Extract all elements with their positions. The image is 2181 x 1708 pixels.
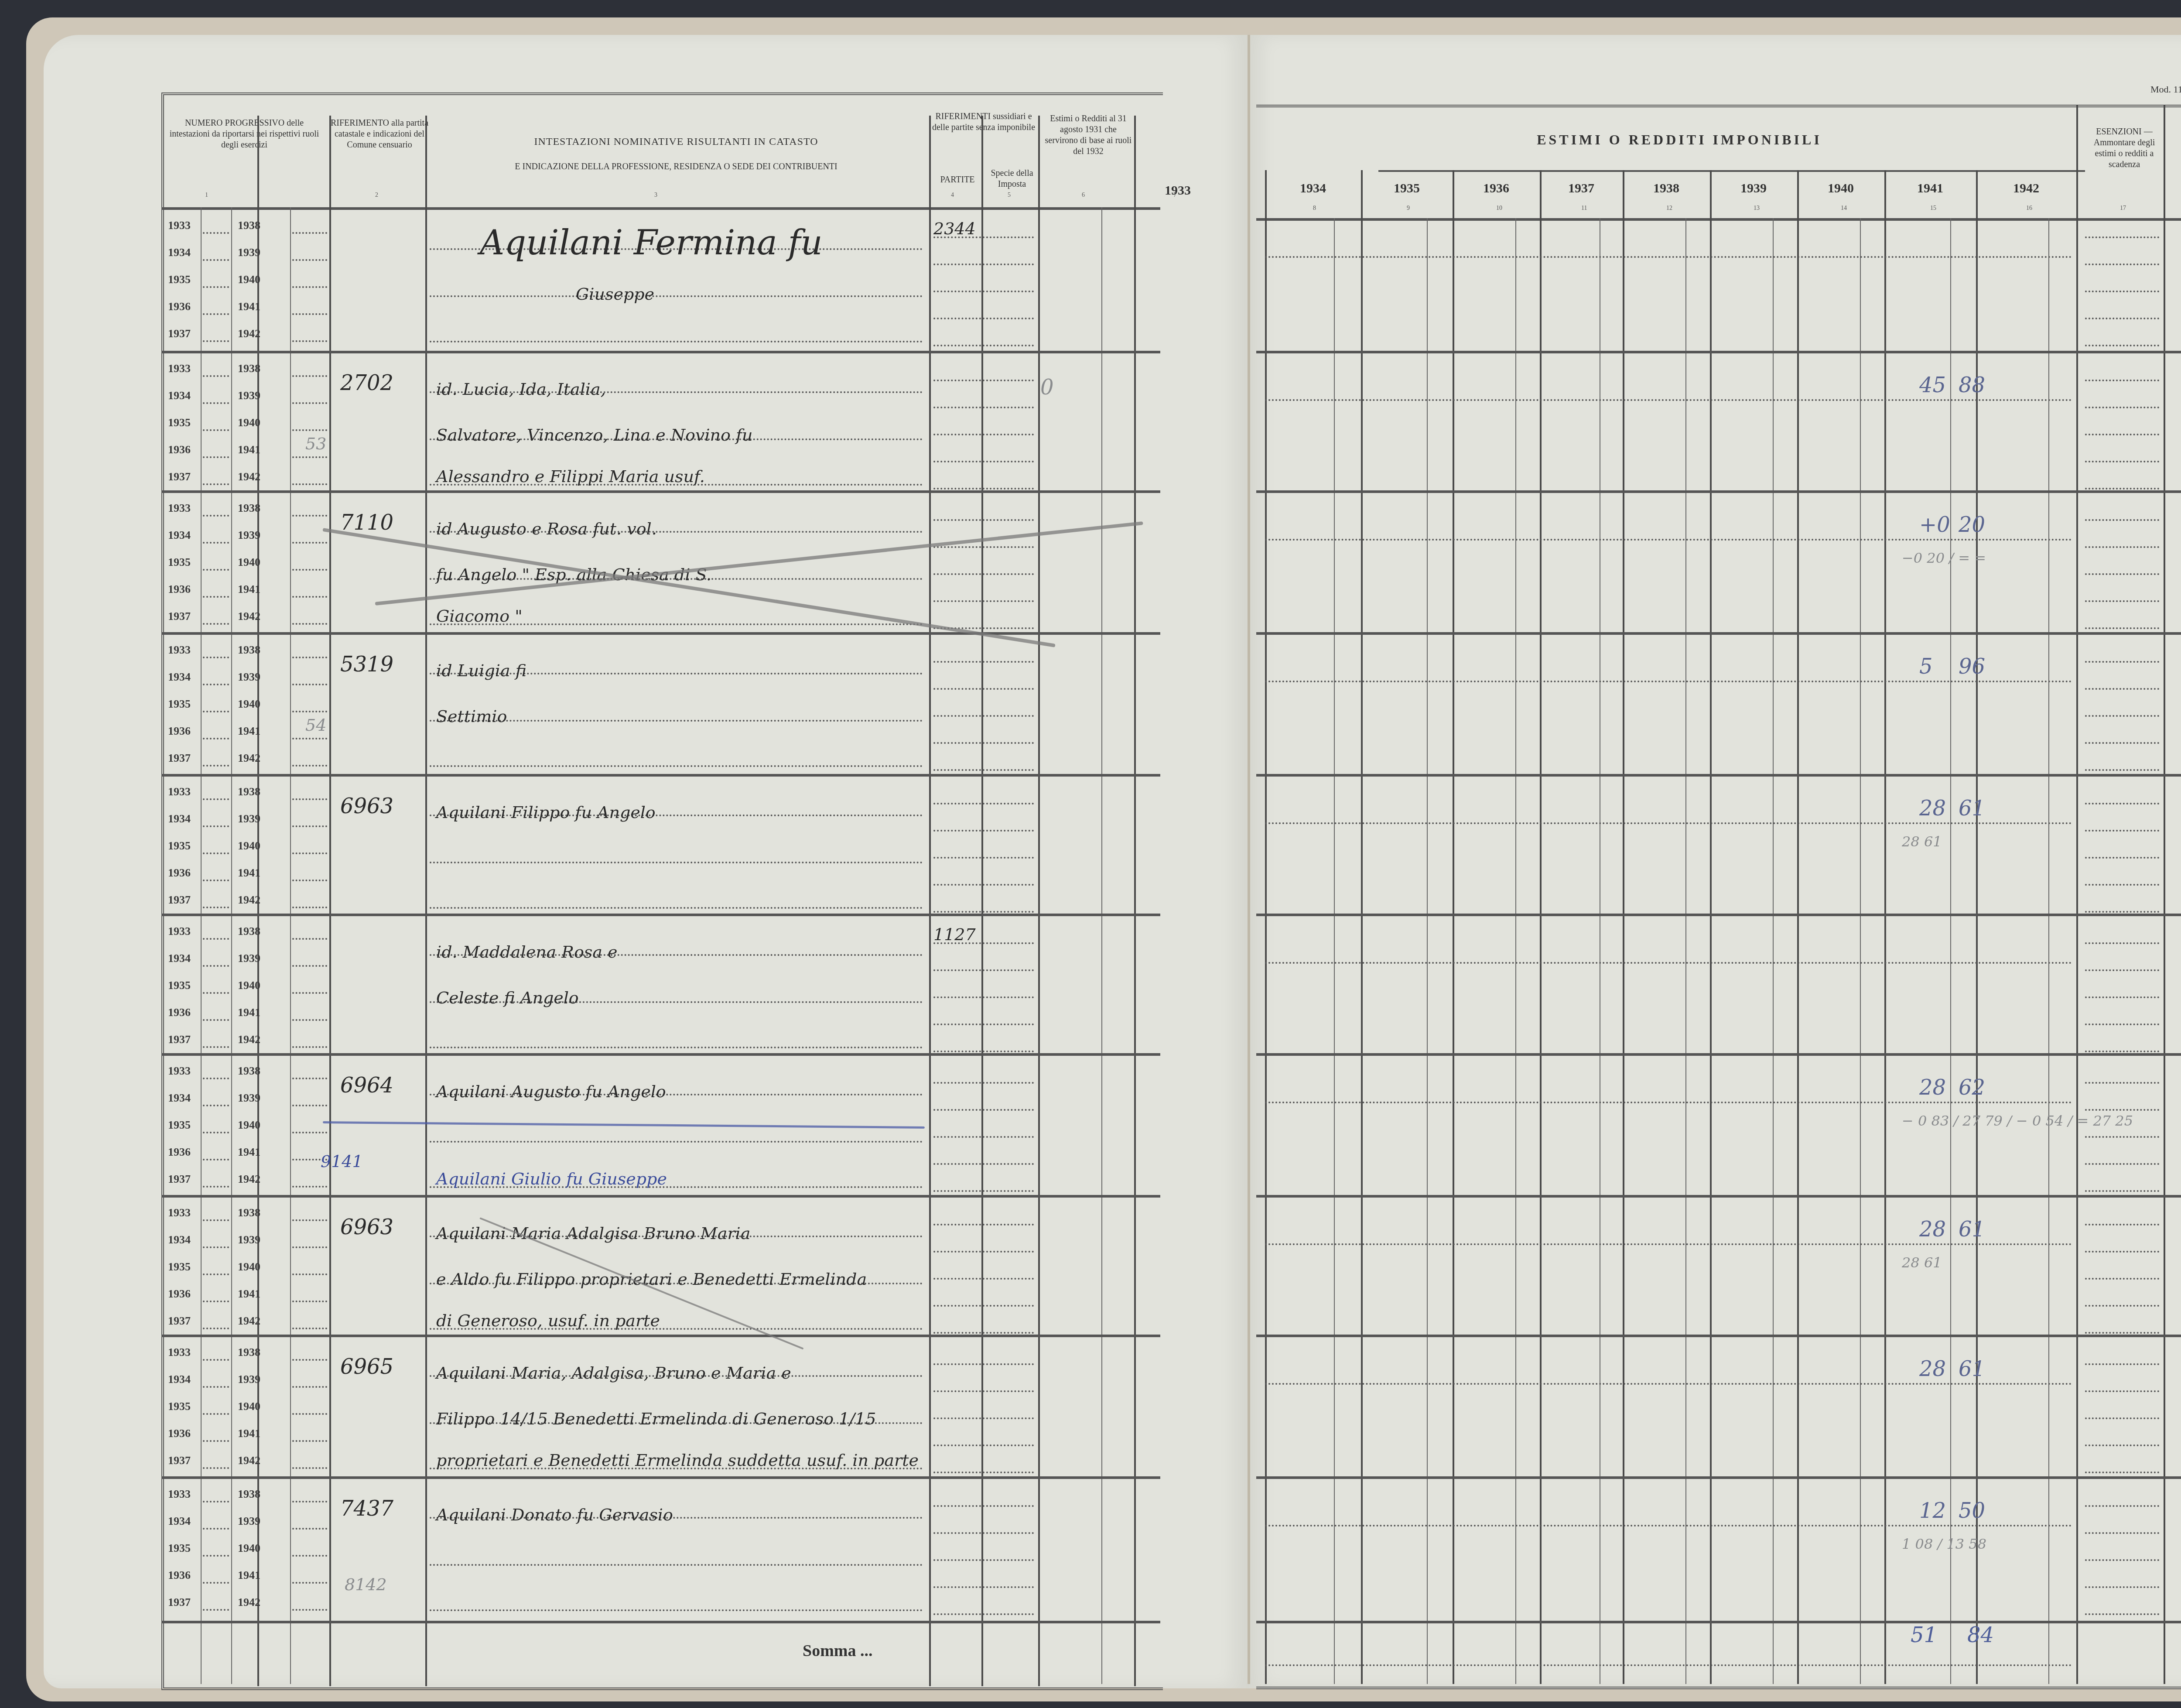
dotted-rule <box>203 1159 229 1160</box>
dotted-rule <box>933 1251 1034 1253</box>
dotted-rule <box>933 488 1034 489</box>
year-header-1934: 1934 <box>1287 181 1339 196</box>
dotted-rule <box>2085 661 2159 663</box>
dotted-rule <box>203 569 229 571</box>
dotted-rule <box>933 1190 1034 1192</box>
value-1941-calc: − 0 83 / 27 79 / − 0 54 / = 27 25 <box>1902 1112 2133 1129</box>
dotted-rule <box>2085 1390 2159 1392</box>
dotted-rule <box>203 1078 229 1079</box>
year-label-left: 1933 <box>168 643 191 657</box>
year-label-left: 1937 <box>168 1454 191 1467</box>
intestazione-line3: di Generoso, usuf. in parte <box>436 1311 660 1330</box>
dotted-rule <box>292 1440 327 1442</box>
year-label-left: 1935 <box>168 1119 191 1132</box>
dotted-rule <box>292 907 327 908</box>
dotted-rule <box>933 1363 1034 1365</box>
name-rule <box>430 1564 923 1566</box>
intestazione-line2: Salvatore, Vincenzo, Lina e Novino fu <box>436 425 753 445</box>
dotted-rule <box>933 407 1034 408</box>
dotted-rule <box>292 1273 327 1275</box>
intestazione-line1: Aquilani Augusto fu Angelo <box>436 1082 666 1101</box>
intestazione-line1: Aquilani Filippo fu Angelo <box>436 803 656 822</box>
value-rule <box>1265 822 2072 824</box>
dotted-rule <box>2085 996 2159 998</box>
year-header-1935: 1935 <box>1381 181 1433 196</box>
column-number: 8 <box>1313 205 1316 212</box>
dotted-rule <box>292 825 327 827</box>
dotted-rule <box>2085 688 2159 690</box>
cents-divider <box>1334 218 1335 1684</box>
year-label-right: 1942 <box>238 470 260 483</box>
name-rule <box>430 765 923 767</box>
dotted-rule <box>933 1417 1034 1419</box>
header-divider-left <box>161 207 1160 210</box>
dotted-rule <box>2085 1559 2159 1561</box>
year-label-left: 1935 <box>168 1400 191 1413</box>
year-label-right: 1938 <box>238 643 260 657</box>
dotted-rule <box>203 1105 229 1106</box>
year-label-left: 1934 <box>168 246 191 259</box>
year-label-right: 1938 <box>238 785 260 798</box>
year-column-divider <box>1361 170 1363 1684</box>
value-1941-int: 28 <box>1919 796 1946 821</box>
dotted-rule <box>292 456 327 458</box>
dotted-rule <box>2085 1278 2159 1280</box>
partita-ref: 7110 <box>340 510 393 535</box>
year-label-left: 1935 <box>168 556 191 569</box>
year-label-right: 1941 <box>238 1427 260 1440</box>
value-rule <box>1265 256 2072 258</box>
header-col6: Estimi o Redditi al 31 agosto 1931 che s… <box>1045 113 1132 157</box>
dotted-rule <box>933 1051 1034 1052</box>
dotted-rule <box>203 1440 229 1442</box>
year-label-left: 1934 <box>168 1373 191 1386</box>
year-label-right: 1939 <box>238 1233 260 1246</box>
partita-ref-secondary: 8142 <box>345 1575 387 1594</box>
entry-divider-right <box>1256 1335 2181 1337</box>
dotted-rule <box>292 1328 327 1329</box>
value-1941-int: 28 <box>1919 1217 1946 1242</box>
year-label-right: 1942 <box>238 893 260 907</box>
dotted-rule <box>292 623 327 625</box>
value-1941-calc: 28 61 <box>1902 833 1942 850</box>
dotted-rule <box>2085 1051 2159 1052</box>
dotted-rule <box>203 1582 229 1584</box>
year-label-left: 1933 <box>168 925 191 938</box>
year-label-left: 1933 <box>168 362 191 375</box>
header-divider-right <box>1256 218 2181 221</box>
dotted-rule <box>203 286 229 288</box>
dotted-rule <box>2085 380 2159 381</box>
year-header-1941: 1941 <box>1904 181 1956 196</box>
somma-rule <box>1265 1664 2072 1666</box>
entry-divider-left <box>161 914 1160 916</box>
dotted-rule <box>933 688 1034 690</box>
year-label-right: 1941 <box>238 1287 260 1301</box>
dotted-rule <box>292 1219 327 1221</box>
name-rule <box>430 862 923 863</box>
year-label-right: 1940 <box>238 698 260 711</box>
value-1941-dec: 62 <box>1959 1075 1985 1100</box>
year-label-right: 1941 <box>238 1569 260 1582</box>
subcolumn-divider <box>1101 207 1102 1684</box>
year-label-right: 1939 <box>238 389 260 402</box>
dotted-rule <box>933 715 1034 717</box>
year-label-right: 1940 <box>238 979 260 992</box>
year-label-right: 1941 <box>238 583 260 596</box>
value-rule <box>1265 1383 2072 1385</box>
year-label-left: 1933 <box>168 785 191 798</box>
year-column-divider <box>1710 170 1712 1684</box>
dotted-rule <box>203 596 229 598</box>
year-column-divider <box>1453 170 1454 1684</box>
dotted-rule <box>203 313 229 315</box>
dotted-rule <box>203 1246 229 1248</box>
cents-divider <box>2048 218 2049 1684</box>
year-label-left: 1934 <box>168 529 191 542</box>
dotted-rule <box>2085 1332 2159 1334</box>
dotted-rule <box>203 429 229 431</box>
year-label-right: 1938 <box>238 1065 260 1078</box>
year-label-right: 1942 <box>238 752 260 765</box>
column-number: 17 <box>2120 205 2126 212</box>
year-label-right: 1940 <box>238 416 260 429</box>
year-label-left: 1936 <box>168 300 191 313</box>
year-label-right: 1941 <box>238 1146 260 1159</box>
intestazione-line3: Giacomo " <box>436 606 523 626</box>
year-label-left: 1935 <box>168 1542 191 1555</box>
year-label-left: 1934 <box>168 389 191 402</box>
year-label-left: 1936 <box>168 443 191 456</box>
value-rule <box>1265 1102 2072 1103</box>
somma-1941-int: 51 <box>1911 1623 1937 1647</box>
dotted-rule <box>203 825 229 827</box>
dotted-rule <box>2085 318 2159 319</box>
year-label-right: 1942 <box>238 1596 260 1609</box>
dotted-rule <box>292 1413 327 1415</box>
dotted-rule <box>933 1505 1034 1507</box>
name-rule <box>430 295 923 297</box>
year-label-left: 1935 <box>168 273 191 286</box>
dotted-rule <box>933 996 1034 998</box>
dotted-rule <box>933 434 1034 435</box>
dotted-rule <box>203 765 229 767</box>
column-number: 13 <box>1754 205 1760 212</box>
intestazione-line2: Celeste fi Angelo <box>436 988 579 1007</box>
dotted-rule <box>203 456 229 458</box>
cents-divider <box>1427 218 1428 1684</box>
dotted-rule <box>203 992 229 994</box>
dotted-rule <box>292 483 327 485</box>
year-label-right: 1938 <box>238 362 260 375</box>
header-col5: Specie della Imposta <box>988 168 1036 190</box>
dotted-rule <box>2085 345 2159 346</box>
dotted-rule <box>933 318 1034 319</box>
dotted-rule <box>292 938 327 940</box>
intestazione-line2: e Aldo fu Filippo proprietari e Benedett… <box>436 1270 867 1289</box>
intestazione-line1: id. Lucia, Ida, Italia, <box>436 380 606 399</box>
header-col3-line2: E INDICAZIONE DELLA PROFESSIONE, RESIDEN… <box>436 161 916 172</box>
year-label-right: 1941 <box>238 1006 260 1019</box>
partita-ref: 7437 <box>340 1496 393 1521</box>
dotted-rule <box>933 1559 1034 1561</box>
partite-value: 2344 <box>933 219 976 238</box>
entry-divider-right <box>1256 774 2181 777</box>
dotted-rule <box>2085 942 2159 944</box>
dotted-rule <box>2085 1082 2159 1084</box>
dotted-rule <box>203 1273 229 1275</box>
year-label-right: 1941 <box>238 300 260 313</box>
dotted-rule <box>292 798 327 800</box>
partita-ref: 2702 <box>340 371 393 395</box>
dotted-rule <box>203 1609 229 1611</box>
dotted-rule <box>933 1136 1034 1138</box>
dotted-rule <box>2085 769 2159 771</box>
dotted-rule <box>2085 573 2159 575</box>
dotted-rule <box>203 1413 229 1415</box>
year-label-left: 1936 <box>168 1146 191 1159</box>
year-label-left: 1933 <box>168 1346 191 1359</box>
dotted-rule <box>292 992 327 994</box>
dotted-rule <box>2085 600 2159 602</box>
dotted-rule <box>292 402 327 404</box>
year-label-left: 1936 <box>168 866 191 880</box>
dotted-rule <box>203 1386 229 1388</box>
column-number: 15 <box>1930 205 1936 212</box>
intestazione-line3: Alessandro e Filippi Maria usuf. <box>436 467 705 486</box>
year-label-right: 1942 <box>238 327 260 340</box>
dotted-rule <box>933 803 1034 804</box>
year-label-right: 1940 <box>238 1542 260 1555</box>
column-number: 7 <box>1173 192 1176 199</box>
year-label-right: 1939 <box>238 246 260 259</box>
year-label-left: 1934 <box>168 952 191 965</box>
column-number: 11 <box>1581 205 1587 212</box>
column-number: 16 <box>2026 205 2032 212</box>
year-label-right: 1939 <box>238 671 260 684</box>
entry-divider-right <box>1256 632 2181 635</box>
dotted-rule <box>203 1501 229 1503</box>
dotted-rule <box>933 1390 1034 1392</box>
dotted-rule <box>933 1586 1034 1588</box>
entry-divider-left <box>161 1335 1160 1337</box>
year-label-left: 1937 <box>168 327 191 340</box>
entry-divider-right <box>1256 1476 2181 1479</box>
year-label-left: 1937 <box>168 1033 191 1046</box>
dotted-rule <box>2085 1444 2159 1446</box>
dotted-rule <box>292 1105 327 1106</box>
partita-ref: 6965 <box>340 1355 393 1379</box>
year-label-right: 1939 <box>238 1515 260 1528</box>
dotted-rule <box>292 965 327 967</box>
dotted-rule <box>203 907 229 908</box>
year-label-left: 1935 <box>168 1260 191 1273</box>
dotted-rule <box>203 965 229 967</box>
year-label-left: 1937 <box>168 893 191 907</box>
year-label-left: 1937 <box>168 610 191 623</box>
dotted-rule <box>292 765 327 767</box>
dotted-rule <box>2085 969 2159 971</box>
column-number: 5 <box>1008 192 1011 199</box>
year-label-right: 1938 <box>238 1488 260 1501</box>
dotted-rule <box>2085 857 2159 859</box>
dotted-rule <box>933 969 1034 971</box>
intestazione-line1: Aquilani Maria Adalgisa Bruno Maria <box>436 1224 750 1243</box>
dotted-rule <box>203 1219 229 1221</box>
dotted-rule <box>203 1359 229 1361</box>
dotted-rule <box>2085 434 2159 435</box>
dotted-rule <box>2085 236 2159 238</box>
dotted-rule <box>2085 803 2159 804</box>
year-label-left: 1937 <box>168 1173 191 1186</box>
dotted-rule <box>933 1109 1034 1111</box>
year-label-left: 1936 <box>168 725 191 738</box>
dotted-rule <box>292 259 327 261</box>
intestazione-line3: proprietari e Benedetti Ermelinda suddet… <box>436 1451 919 1470</box>
subcolumn-divider <box>201 207 202 1684</box>
value-rule <box>1265 399 2072 401</box>
dotted-rule <box>203 1132 229 1133</box>
year-label-right: 1938 <box>238 219 260 232</box>
intestazione-line2: Giuseppe <box>576 284 654 304</box>
cents-divider <box>1950 218 1951 1684</box>
year-label-left: 1934 <box>168 812 191 825</box>
dotted-rule <box>203 1328 229 1329</box>
header-col4: PARTITE <box>931 175 984 185</box>
dotted-rule <box>203 542 229 544</box>
year-label-left: 1936 <box>168 1006 191 1019</box>
dotted-rule <box>203 259 229 261</box>
dotted-rule <box>933 573 1034 575</box>
dotted-rule <box>933 380 1034 381</box>
year-label-right: 1941 <box>238 866 260 880</box>
dotted-rule <box>292 1609 327 1611</box>
year-label-left: 1935 <box>168 839 191 852</box>
value-1941-int: 5 <box>1919 654 1933 679</box>
year-label-left: 1933 <box>168 1206 191 1219</box>
cents-divider <box>1860 218 1861 1684</box>
dotted-rule <box>203 711 229 712</box>
dotted-rule <box>203 880 229 881</box>
dotted-rule <box>292 515 327 517</box>
dotted-rule <box>2085 1163 2159 1165</box>
dotted-rule <box>292 852 327 854</box>
dotted-rule <box>292 1528 327 1530</box>
dotted-rule <box>2085 291 2159 292</box>
year-column-divider <box>2076 105 2078 1684</box>
year-label-right: 1940 <box>238 556 260 569</box>
dotted-rule <box>933 1613 1034 1615</box>
column-number: 4 <box>951 192 954 199</box>
dotted-rule <box>203 657 229 658</box>
dotted-rule <box>292 1078 327 1079</box>
entry-divider-right <box>1256 351 2181 353</box>
dotted-rule <box>2085 627 2159 629</box>
dotted-rule <box>292 429 327 431</box>
dotted-rule <box>292 1386 327 1388</box>
dotted-rule <box>292 1359 327 1361</box>
year-label-left: 1933 <box>168 1065 191 1078</box>
dotted-rule <box>933 1305 1034 1307</box>
value-1941-dec: 61 <box>1959 1217 1985 1242</box>
dotted-rule <box>292 684 327 685</box>
intestazione-line3: Aquilani Giulio fu Giuseppe <box>436 1169 667 1188</box>
year-label-right: 1938 <box>238 1206 260 1219</box>
column-number: 6 <box>1082 192 1085 199</box>
value-1941-dec: 96 <box>1959 654 1985 679</box>
intestazione-line1: Aquilani Donato fu Gervasio <box>436 1505 673 1524</box>
value-rule <box>1265 539 2072 541</box>
entry-divider-left <box>161 351 1160 353</box>
dotted-rule <box>203 852 229 854</box>
dotted-rule <box>933 264 1034 265</box>
dotted-rule <box>203 1019 229 1021</box>
entry-divider-left <box>161 1195 1160 1198</box>
dotted-rule <box>203 738 229 739</box>
year-label-left: 1934 <box>168 1233 191 1246</box>
value-1941-dec: 61 <box>1959 796 1985 821</box>
value-1941-dec: 61 <box>1959 1357 1985 1381</box>
dotted-rule <box>203 515 229 517</box>
header-col45: RIFERIMENTI sussidiari e delle partite s… <box>929 111 1038 133</box>
dotted-rule <box>2085 407 2159 408</box>
year-label-left: 1935 <box>168 979 191 992</box>
partita-ref: 6963 <box>340 1215 393 1239</box>
dotted-rule <box>203 1467 229 1469</box>
dotted-rule <box>933 1472 1034 1473</box>
year-label-right: 1941 <box>238 443 260 456</box>
dotted-rule <box>292 569 327 571</box>
year-label-right: 1939 <box>238 812 260 825</box>
dotted-rule <box>292 286 327 288</box>
dotted-rule <box>2085 1532 2159 1534</box>
somma-label: Somma ... <box>803 1641 872 1660</box>
year-label-right: 1940 <box>238 273 260 286</box>
dotted-rule <box>292 542 327 544</box>
entry-divider-right <box>1256 490 2181 493</box>
dotted-rule <box>933 600 1034 602</box>
year-label-right: 1938 <box>238 925 260 938</box>
dotted-rule <box>203 402 229 404</box>
partita-ref: 6963 <box>340 794 393 818</box>
column-number: 9 <box>1407 205 1410 212</box>
year-label-right: 1939 <box>238 952 260 965</box>
year-header-1937: 1937 <box>1555 181 1607 196</box>
year-label-left: 1933 <box>168 1488 191 1501</box>
partite-value: 1127 <box>933 925 976 944</box>
year-header-1936: 1936 <box>1470 181 1522 196</box>
year-label-right: 1940 <box>238 1400 260 1413</box>
dotted-rule <box>292 596 327 598</box>
header-col18: ANNOTAZIONI <box>2168 157 2181 170</box>
value-rule <box>1265 962 2072 964</box>
dotted-rule <box>2085 519 2159 521</box>
side-note: 54 <box>305 715 326 735</box>
year-label-left: 1937 <box>168 1596 191 1609</box>
year-label-right: 1939 <box>238 529 260 542</box>
dotted-rule <box>933 519 1034 521</box>
dotted-rule <box>2085 264 2159 265</box>
dotted-rule <box>2085 1505 2159 1507</box>
dotted-rule <box>292 1555 327 1557</box>
dotted-rule <box>2085 1613 2159 1615</box>
dotted-rule <box>2085 742 2159 744</box>
dotted-rule <box>2085 1305 2159 1307</box>
dotted-rule <box>933 291 1034 292</box>
year-label-right: 1940 <box>238 839 260 852</box>
dotted-rule <box>292 1467 327 1469</box>
header-col17: ESENZIONI — Ammontare degli estimi o red… <box>2085 127 2164 170</box>
